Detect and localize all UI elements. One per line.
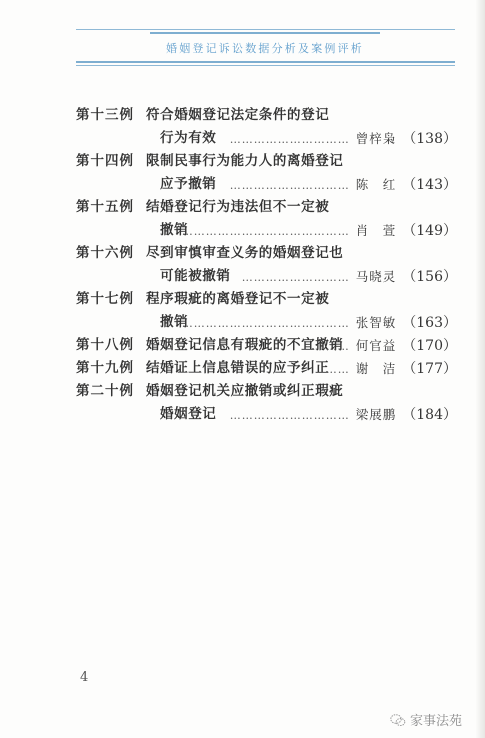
page-ref: （170）: [402, 335, 457, 358]
toc-entry[interactable]: 第十六例 尽到审慎审查义务的婚姻登记也: [76, 242, 460, 265]
page-ref: （184）: [402, 404, 457, 427]
case-number: 第十九例: [76, 357, 134, 380]
dot-leader: ……: [326, 335, 350, 358]
toc-entry[interactable]: 第十五例 结婚登记行为违法但不一定被: [76, 196, 460, 219]
page-ref: （177）: [402, 358, 457, 381]
author: 张智敏: [356, 311, 397, 334]
toc-entry[interactable]: 第十九例 结婚证上信息错误的应予纠正 …… 谢 洁 （177）: [76, 357, 460, 380]
case-title: 符合婚姻登记法定条件的登记: [146, 104, 329, 127]
author: 肖 萱: [356, 219, 397, 242]
page-edge-shadow: [476, 0, 485, 738]
case-title: 程序瑕疵的离婚登记不一定被: [146, 288, 329, 311]
page-ref: （156）: [402, 266, 457, 289]
author: 马晓灵: [356, 265, 397, 288]
header-rule-bottom: [76, 61, 455, 63]
dot-leader: …………………………: [230, 174, 350, 197]
wechat-icon: [390, 713, 406, 727]
header-rule-top-short: [150, 32, 380, 34]
toc-entry-continuation[interactable]: 撤销 …………………………………… 肖 萱 （149）: [76, 219, 460, 242]
toc-entry-continuation[interactable]: 行为有效 ………………………… 曾梓枭 （138）: [76, 127, 460, 150]
dot-leader: …………………………: [230, 128, 350, 151]
page-ref: （138）: [402, 128, 457, 151]
case-title: 尽到审慎审查义务的婚姻登记也: [146, 242, 343, 265]
dot-leader: ……: [326, 358, 350, 381]
toc-entry[interactable]: 第十七例 程序瑕疵的离婚登记不一定被: [76, 288, 460, 311]
case-number: 第二十例: [76, 380, 134, 403]
case-number: 第十五例: [76, 196, 134, 219]
author: 何官益: [356, 334, 397, 357]
toc-entry-continuation[interactable]: 撤销 …………………………………… 张智敏 （163）: [76, 311, 460, 334]
case-title-cont: 可能被撤销: [160, 265, 231, 288]
case-title: 婚姻登记信息有瑕疵的不宜撤销: [146, 334, 343, 357]
page-ref: （143）: [402, 174, 457, 197]
case-number: 第十三例: [76, 104, 134, 127]
toc-entry-continuation[interactable]: 应予撤销 ………………………… 陈 红 （143）: [76, 173, 460, 196]
dot-leader: ……………………………………: [182, 220, 350, 243]
case-title-cont: 行为有效: [160, 127, 216, 150]
running-header: 婚姻登记诉讼数据分析及案例评析: [0, 0, 485, 70]
author: 陈 红: [356, 173, 397, 196]
case-title: 结婚证上信息错误的应予纠正: [146, 357, 329, 380]
case-number: 第十八例: [76, 334, 134, 357]
toc-entry[interactable]: 第十四例 限制民事行为能力人的离婚登记: [76, 150, 460, 173]
page-number: 4: [80, 670, 88, 685]
toc-entry[interactable]: 第十三例 符合婚姻登记法定条件的登记: [76, 104, 460, 127]
case-title: 婚姻登记机关应撤销或纠正瑕疵: [146, 380, 343, 403]
header-rule-bottom-thin: [76, 65, 455, 66]
page-ref: （149）: [402, 220, 457, 243]
author: 曾梓枭: [356, 127, 397, 150]
dot-leader: ……………………………………: [182, 312, 350, 335]
case-number: 第十七例: [76, 288, 134, 311]
header-rule-top: [76, 29, 455, 30]
case-number: 第十四例: [76, 150, 134, 173]
toc-entry[interactable]: 第十八例 婚姻登记信息有瑕疵的不宜撤销 …… 何官益 （170）: [76, 334, 460, 357]
author: 谢 洁: [356, 357, 397, 380]
table-of-contents: 第十三例 符合婚姻登记法定条件的登记 行为有效 ………………………… 曾梓枭 （…: [76, 104, 460, 426]
case-title: 限制民事行为能力人的离婚登记: [146, 150, 343, 173]
watermark: 家事法苑: [390, 710, 462, 729]
page-ref: （163）: [402, 312, 457, 335]
toc-entry[interactable]: 第二十例 婚姻登记机关应撤销或纠正瑕疵: [76, 380, 460, 403]
dot-leader: ………………………: [242, 266, 350, 289]
case-title-cont: 应予撤销: [160, 173, 216, 196]
case-title-cont: 婚姻登记: [160, 403, 216, 426]
toc-entry-continuation[interactable]: 婚姻登记 ………………………… 梁展鹏 （184）: [76, 403, 460, 426]
watermark-text: 家事法苑: [410, 710, 462, 729]
running-title: 婚姻登记诉讼数据分析及案例评析: [0, 40, 485, 56]
author: 梁展鹏: [356, 403, 397, 426]
case-number: 第十六例: [76, 242, 134, 265]
dot-leader: …………………………: [230, 404, 350, 427]
case-title: 结婚登记行为违法但不一定被: [146, 196, 329, 219]
toc-entry-continuation[interactable]: 可能被撤销 ……………………… 马晓灵 （156）: [76, 265, 460, 288]
